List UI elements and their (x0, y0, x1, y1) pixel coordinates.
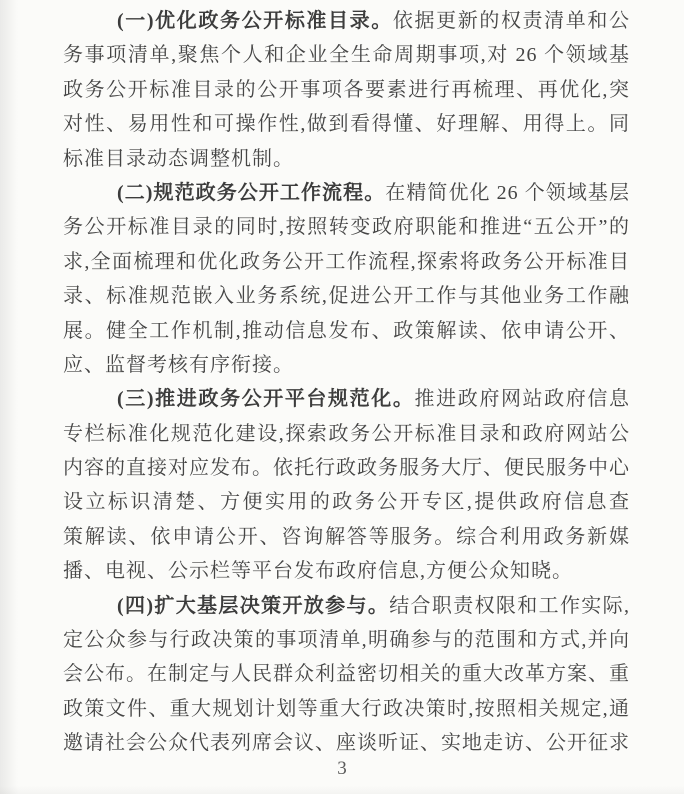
text-line-p4-4: 政策文件、重大规划计划等重大行政决策时,按照相关规定,通过 (63, 692, 630, 726)
text-line-p3-3: 内容的直接对应发布。依托行政政务服务大厅、便民服务中心等 (63, 451, 630, 485)
text-line-p4-5: 邀请社会公众代表列席会议、座谈听证、实地走访、公开征求意见 (63, 726, 630, 760)
paragraph-lead: (四)扩大基层决策开放参与。 (117, 595, 389, 617)
document-page: (一)优化政务公开标准目录。依据更新的权责清单和公共服务事项清单,聚焦个人和企业… (0, 0, 684, 794)
page-number: 3 (0, 758, 684, 780)
text-line-p4-1: (四)扩大基层决策开放参与。结合职责权限和工作实际,制 (63, 589, 630, 623)
text-line-p1-3: 政务公开标准目录的公开事项各要素进行再梳理、再优化,突出针 (63, 73, 630, 107)
text-line-p2-6: 应、监督考核有序衔接。 (63, 348, 630, 382)
text-line-p3-6: 播、电视、公示栏等平台发布政府信息,方便公众知晓。 (63, 554, 630, 588)
text-line-p2-2: 务公开标准目录的同时,按照转变政府职能和推进“五公开”的要 (63, 210, 630, 244)
text-line-p2-1: (二)规范政务公开工作流程。在精简优化 26 个领域基层政 (63, 176, 630, 210)
paragraph-lead: (二)规范政务公开工作流程。 (117, 182, 385, 204)
text-line-p1-1: (一)优化政务公开标准目录。依据更新的权责清单和公共服 (63, 4, 630, 38)
scan-edge-shadow-bottom (0, 786, 684, 794)
paragraph-lead: (一)优化政务公开标准目录。 (117, 10, 393, 32)
text-line-p1-2: 务事项清单,聚焦个人和企业全生命周期事项,对 26 个领域基层 (63, 38, 630, 72)
text-line-p1-4: 对性、易用性和可操作性,做到看得懂、好理解、用得上。同时建立 (63, 107, 630, 141)
text-line-p3-5: 策解读、依申请公开、咨询解答等服务。综合利用政务新媒体、广 (63, 520, 630, 554)
document-body: (一)优化政务公开标准目录。依据更新的权责清单和公共服务事项清单,聚焦个人和企业… (63, 4, 630, 761)
text-line-p3-2: 专栏标准化规范化建设,探索政务公开标准目录和政府网站公开 (63, 417, 630, 451)
paragraph-lead: (三)推进政务公开平台规范化。 (117, 388, 415, 410)
text-line-p2-4: 录、标准规范嵌入业务系统,促进公开工作与其他业务工作融合发 (63, 279, 630, 313)
scan-edge-shadow (0, 0, 18, 794)
text-line-p2-3: 求,全面梳理和优化政务公开工作流程,探索将政务公开标准目 (63, 245, 630, 279)
text-line-p4-3: 会公布。在制定与人民群众利益密切相关的重大改革方案、重要 (63, 657, 630, 691)
text-line-p4-2: 定公众参与行政决策的事项清单,明确参与的范围和方式,并向社 (63, 623, 630, 657)
text-line-p2-5: 展。健全工作机制,推动信息发布、政策解读、依申请公开、热点回 (63, 314, 630, 348)
text-line-p3-1: (三)推进政务公开平台规范化。推进政府网站政府信息公开 (63, 382, 630, 416)
text-line-p3-4: 设立标识清楚、方便实用的政务公开专区,提供政府信息查阅、政 (63, 485, 630, 519)
text-line-p1-5: 标准目录动态调整机制。 (63, 142, 630, 176)
